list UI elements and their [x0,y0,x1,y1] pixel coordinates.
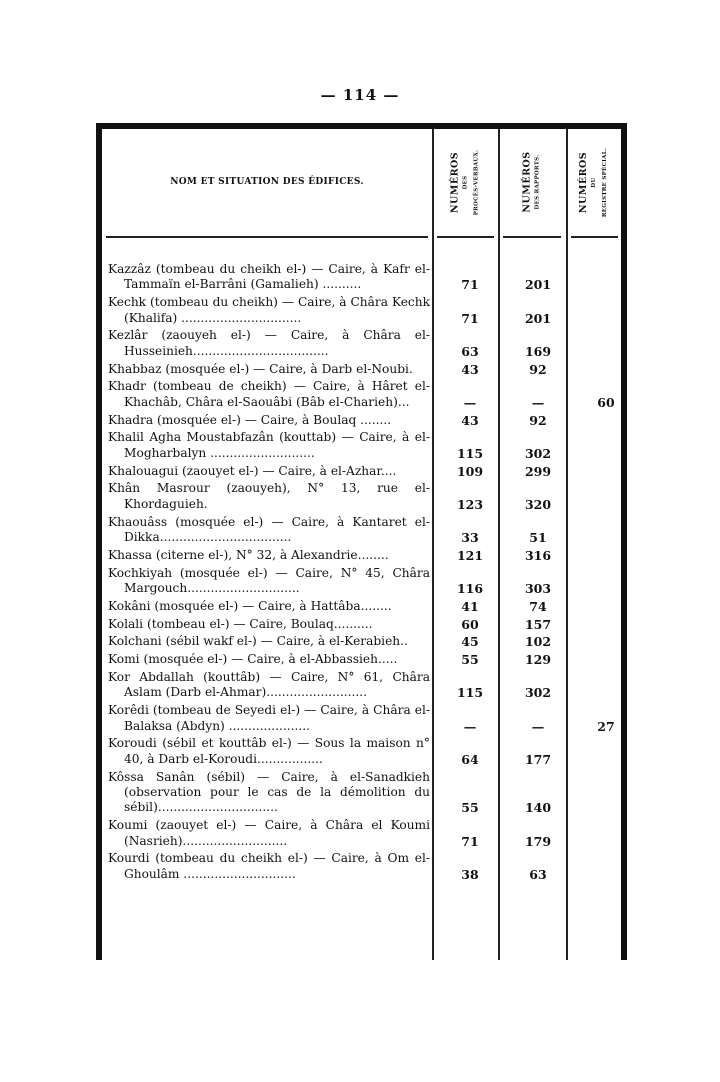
proces-verbal-number: 121 [438,548,502,563]
rapport-number: 302 [506,446,570,461]
table-border-left [96,123,102,960]
proces-verbal-number: 109 [438,464,502,479]
table-row: Koroudi (sébil et kouttâb el-) — Sous la… [108,736,628,767]
header-col1-line1: NUMÉROS [450,151,461,212]
edifice-name: Kolali (tombeau el-) — Caire, Boulaq....… [108,617,430,632]
rapport-number: 92 [506,413,570,428]
edifice-name: Khaouâss (mosquée el-) — Caire, à Kantar… [108,515,430,546]
proces-verbal-number: 55 [438,652,502,667]
table-row: Kechk (tombeau du cheikh) — Caire, à Châ… [108,295,628,326]
proces-verbal-number: 43 [438,362,502,377]
header-col2-line1: NUMÉROS [522,151,533,212]
rapport-number: 157 [506,617,570,632]
table-row: Kôssa Sanân (sébil) — Caire, à el-Sanadk… [108,770,628,816]
edifice-name: Komi (mosquée el-) — Caire, à el-Abbassi… [108,652,430,667]
edifice-name: Kechk (tombeau du cheikh) — Caire, à Châ… [108,295,430,326]
header-rule-col2 [503,236,561,238]
edifice-name: Khabbaz (mosquée el-) — Caire, à Darb el… [108,362,430,377]
table-row: Kochkiyah (mosquée el-) — Caire, N° 45, … [108,566,628,597]
rapport-number: — [506,719,570,734]
proces-verbal-number: 41 [438,599,502,614]
header-col3-line1: NUMÉROS [578,151,589,212]
proces-verbal-number: 38 [438,867,502,882]
table-row: Kokâni (mosquée el-) — Caire, à Hattâba.… [108,599,628,614]
proces-verbal-number: 43 [438,413,502,428]
proces-verbal-number: — [438,395,502,410]
rapport-number: 140 [506,800,570,815]
proces-verbal-number: — [438,719,502,734]
rapport-number: 169 [506,344,570,359]
edifice-name: Kor Abdallah (kouttâb) — Caire, N° 61, C… [108,670,430,701]
rapport-number: 177 [506,752,570,767]
header-col3-line3: REGISTRE SPÉCIAL. [600,147,611,216]
proces-verbal-number: 33 [438,530,502,545]
proces-verbal-number: 71 [438,277,502,292]
table-row: Khadra (mosquée el-) — Caire, à Boulaq .… [108,413,628,428]
edifice-name: Koumi (zaouyet el-) — Caire, à Châra el … [108,818,430,849]
rapport-number: — [506,395,570,410]
proces-verbal-number: 115 [438,446,502,461]
table-row: Kezlâr (zaouyeh el-) — Caire, à Châra el… [108,328,628,359]
rapport-number: 299 [506,464,570,479]
edifice-name: Khadra (mosquée el-) — Caire, à Boulaq .… [108,413,430,428]
rapport-number: 102 [506,634,570,649]
proces-verbal-number: 71 [438,834,502,849]
header-col1-line2: DES [461,175,472,189]
rapport-number: 302 [506,685,570,700]
table-row: Kor Abdallah (kouttâb) — Caire, N° 61, C… [108,670,628,701]
proces-verbal-number: 63 [438,344,502,359]
edifice-name: Koroudi (sébil et kouttâb el-) — Sous la… [108,736,430,767]
proces-verbal-number: 116 [438,581,502,596]
table-row: Kourdi (tombeau du cheikh el-) — Caire, … [108,851,628,882]
proces-verbal-number: 64 [438,752,502,767]
edifice-name: Khalil Agha Moustabfazân (kouttab) — Cai… [108,430,430,461]
edifice-name: Khân Masrour (zaouyeh), N° 13, rue el-Kh… [108,481,430,512]
rapport-number: 63 [506,867,570,882]
edifice-name: Kezlâr (zaouyeh el-) — Caire, à Châra el… [108,328,430,359]
proces-verbal-number: 55 [438,800,502,815]
header-main-label: NOM ET SITUATION DES ÉDIFICES. [170,177,364,187]
table-row: Khân Masrour (zaouyeh), N° 13, rue el-Kh… [108,481,628,512]
table-row: Kolali (tombeau el-) — Caire, Boulaq....… [108,617,628,632]
table-row: Koumi (zaouyet el-) — Caire, à Châra el … [108,818,628,849]
table-row: Khalouagui (zaouyet el-) — Caire, à el-A… [108,464,628,479]
page-number: — 114 — [0,86,720,104]
edifice-name: Kôssa Sanân (sébil) — Caire, à el-Sanadk… [108,770,430,816]
rapport-number: 201 [506,277,570,292]
proces-verbal-number: 60 [438,617,502,632]
rapport-number: 201 [506,311,570,326]
edifice-name: Kolchani (sébil wakf el-) — Caire, à el-… [108,634,430,649]
header-col-rapports: NUMÉROS DES RAPPORTS. [500,129,566,235]
rapport-number: 51 [506,530,570,545]
edifice-name: Khalouagui (zaouyet el-) — Caire, à el-A… [108,464,430,479]
header-col3-line2: DU [589,177,600,187]
rapport-number: 129 [506,652,570,667]
table-row: Khabbaz (mosquée el-) — Caire, à Darb el… [108,362,628,377]
rapport-number: 74 [506,599,570,614]
table-row: Kolchani (sébil wakf el-) — Caire, à el-… [108,634,628,649]
header-col2-line2: DES RAPPORTS. [533,155,544,210]
table-row: Khalil Agha Moustabfazân (kouttab) — Cai… [108,430,628,461]
rapport-number: 320 [506,497,570,512]
header-rule-col1 [437,236,494,238]
rapport-number: 92 [506,362,570,377]
rapport-number: 316 [506,548,570,563]
edifice-name: Kourdi (tombeau du cheikh el-) — Caire, … [108,851,430,882]
header-col-registre: NUMÉROS DU REGISTRE SPÉCIAL. [568,129,621,235]
table-body: Kazzâz (tombeau du cheikh el-) — Caire, … [108,262,628,882]
table-row: Khaouâss (mosquée el-) — Caire, à Kantar… [108,515,628,546]
registre-number: 27 [574,719,638,734]
rapport-number: 179 [506,834,570,849]
header-rule-main [106,236,428,238]
header-col1-line3: PROCÈS-VERBAUX. [472,149,483,215]
table-row: Komi (mosquée el-) — Caire, à el-Abbassi… [108,652,628,667]
table-row: Kazzâz (tombeau du cheikh el-) — Caire, … [108,262,628,293]
rapport-number: 303 [506,581,570,596]
proces-verbal-number: 115 [438,685,502,700]
proces-verbal-number: 71 [438,311,502,326]
proces-verbal-number: 45 [438,634,502,649]
table-row: Khassa (citerne el-), N° 32, à Alexandri… [108,548,628,563]
header-col-proces-verbaux: NUMÉROS DES PROCÈS-VERBAUX. [434,129,498,235]
table-row: Khadr (tombeau de cheikh) — Caire, à Hâr… [108,379,628,410]
edifice-name: Kochkiyah (mosquée el-) — Caire, N° 45, … [108,566,430,597]
header-main: NOM ET SITUATION DES ÉDIFICES. [106,129,428,235]
registre-number: 60 [574,395,638,410]
edifice-name: Khassa (citerne el-), N° 32, à Alexandri… [108,548,430,563]
edifice-name: Korêdi (tombeau de Seyedi el-) — Caire, … [108,703,430,734]
table-row: Korêdi (tombeau de Seyedi el-) — Caire, … [108,703,628,734]
edifice-name: Khadr (tombeau de cheikh) — Caire, à Hâr… [108,379,430,410]
proces-verbal-number: 123 [438,497,502,512]
edifice-name: Kazzâz (tombeau du cheikh el-) — Caire, … [108,262,430,293]
edifice-name: Kokâni (mosquée el-) — Caire, à Hattâba.… [108,599,430,614]
header-rule-col3 [571,236,618,238]
